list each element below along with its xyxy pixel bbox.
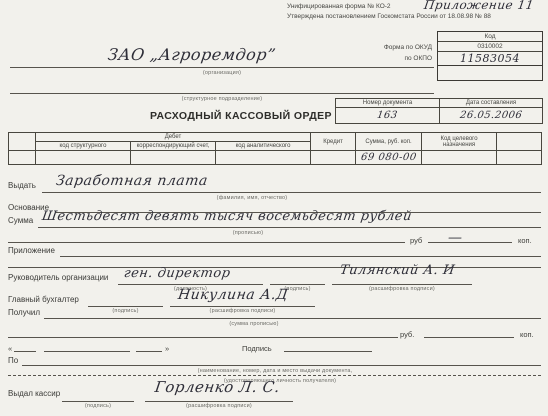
- debit-header: Дебет: [36, 133, 311, 142]
- unit-underline: [10, 93, 434, 94]
- cashier-name-handwritten: Горленко Л. С.: [155, 378, 280, 396]
- sum-sub-label: (прописью): [38, 230, 458, 236]
- data-cell-analytic: [216, 151, 311, 165]
- cashier-name-sub: (расшифровка подписи): [145, 403, 293, 409]
- date-quote-open: «: [8, 344, 12, 353]
- bottom-separator: [8, 375, 541, 376]
- data-cell-structural: [36, 151, 131, 165]
- kop-line-underline: [428, 242, 512, 243]
- by-label: По: [8, 356, 18, 365]
- kop-label: коп.: [518, 236, 532, 245]
- sum-underline: [38, 227, 541, 228]
- data-cell-sum: 69 080-00: [356, 151, 422, 165]
- doc-info-table: Номер документа Дата составления 163 26.…: [335, 98, 543, 124]
- accountant-label: Главный бухгалтер: [8, 295, 79, 304]
- received-rub-underline: [8, 337, 398, 338]
- date-day-underline: [14, 351, 36, 352]
- head-name-handwritten: Тилянский А. И: [340, 263, 455, 278]
- head-position-handwritten: ген. директор: [124, 266, 230, 281]
- accountant-sign-underline: [88, 306, 163, 307]
- head-name-sub: (расшифровка подписи): [332, 286, 472, 292]
- received-kop-underline: [424, 337, 514, 338]
- doc-info-header-row: Номер документа Дата составления: [336, 99, 543, 108]
- rub-label: руб: [410, 236, 422, 245]
- accountant-name-text: Никулина А.Д: [177, 287, 289, 303]
- doc-date-value: 26.05.2006: [440, 108, 543, 124]
- data-cell-blank2: [497, 151, 542, 165]
- code-box-empty-row: [438, 66, 542, 80]
- cashier-sign-sub: (подпись): [62, 403, 134, 409]
- by-sub-label1: (наименование, номер, дата и место выдач…: [100, 368, 450, 374]
- received-rub-label: руб.: [400, 330, 414, 339]
- account-table-cell-blank-left: [9, 133, 36, 151]
- date-year-underline: [136, 351, 162, 352]
- data-cell-blank1: [9, 151, 36, 165]
- attachment-underline2: [8, 267, 541, 268]
- head-position-underline: [118, 284, 263, 285]
- signature-underline: [284, 351, 372, 352]
- head-name-text: Тилянский А. И: [339, 263, 456, 278]
- sum-digits-text: 69 080-00: [360, 152, 417, 163]
- sum-words-text: Шестьдесят девять тысяч восемьдесят рубл…: [41, 209, 413, 224]
- debit-sub-structural: код структурного: [36, 142, 131, 151]
- org-underline: [10, 67, 434, 68]
- code-box: Код 0310002 11583054: [437, 31, 543, 81]
- date-month-underline: [44, 351, 130, 352]
- issue-underline: [42, 192, 541, 193]
- received-sub-label: (сумма прописью): [44, 321, 464, 327]
- handwritten-annotation: Приложение 11: [424, 0, 534, 12]
- account-table-data-row: 69 080-00: [9, 151, 542, 165]
- head-name-underline: [332, 284, 472, 285]
- account-table-header-row1: Дебет Кредит Сумма, руб. коп. Код целево…: [9, 133, 542, 142]
- kop-dash-handwritten: —: [448, 230, 463, 246]
- data-cell-credit: [311, 151, 356, 165]
- received-underline: [44, 318, 541, 319]
- doc-info-value-row: 163 26.05.2006: [336, 108, 543, 124]
- data-cell-corresponding: [131, 151, 216, 165]
- accountant-sign-sub: (подпись): [88, 308, 163, 314]
- account-table: Дебет Кредит Сумма, руб. коп. Код целево…: [8, 132, 542, 165]
- cashier-name-underline: [145, 401, 293, 402]
- cashier-sign-underline: [62, 401, 134, 402]
- issue-sub-label: (фамилия, имя, отчество): [42, 195, 462, 201]
- doc-number-header: Номер документа: [336, 99, 440, 108]
- sum-words-handwritten: Шестьдесят девять тысяч восемьдесят рубл…: [42, 209, 412, 224]
- okpo-value-handwritten: 11583054: [438, 52, 542, 66]
- page-title: РАСХОДНЫЙ КАССОВЫЙ ОРДЕР: [150, 110, 332, 122]
- doc-number-text: 163: [376, 110, 398, 121]
- date-quote-close: »: [165, 344, 169, 353]
- org-name-handwritten: ЗАО „Агроремдор”: [108, 45, 276, 64]
- received-label: Получил: [8, 308, 40, 317]
- cash-order-form: Унифицированная форма № КО-2 Приложение …: [0, 0, 548, 416]
- debit-sub-corresponding: корреспондирующий счет,: [131, 142, 216, 151]
- account-table-cell-blank-right: [497, 133, 542, 151]
- purpose-header: Код целевого назначения: [422, 133, 497, 151]
- org-sub-label: (организация): [10, 70, 434, 76]
- issue-label: Выдать: [8, 181, 36, 190]
- attachment-label: Приложение: [8, 246, 55, 255]
- code-box-title: Код: [438, 32, 542, 42]
- attachment-underline1: [60, 256, 541, 257]
- head-sign-underline: [270, 284, 325, 285]
- credit-header: Кредит: [311, 133, 356, 151]
- form-ref-text: Унифицированная форма № КО-2: [287, 3, 391, 10]
- debit-sub-analytic: код аналитического: [216, 142, 311, 151]
- sum-label: Сумма: [8, 216, 33, 225]
- approval-text: Утверждена постановлением Госкомстата Ро…: [287, 13, 547, 20]
- okud-label: Форма по ОКУД: [358, 44, 432, 51]
- handwritten-annotation-text: Приложение 11: [423, 0, 535, 12]
- data-cell-purpose: [422, 151, 497, 165]
- issue-value-handwritten: Заработная плата: [56, 173, 208, 189]
- rub-line-underline: [8, 242, 405, 243]
- received-kop-label: коп.: [520, 330, 534, 339]
- head-position-text: ген. директор: [123, 266, 232, 281]
- okpo-label: по ОКПО: [358, 55, 432, 62]
- doc-number-value: 163: [336, 108, 440, 124]
- doc-date-header: Дата составления: [440, 99, 543, 108]
- accountant-name-handwritten: Никулина А.Д: [178, 287, 288, 303]
- doc-date-text: 26.05.2006: [459, 110, 523, 121]
- by-underline: [22, 365, 541, 366]
- signature-label: Подпись: [242, 344, 272, 353]
- accountant-name-underline: [170, 306, 315, 307]
- issue-value-text: Заработная плата: [55, 173, 209, 189]
- accountant-name-sub: (расшифровка подписи): [170, 308, 315, 314]
- cashier-name-text: Горленко Л. С.: [154, 378, 281, 396]
- org-name-text: ЗАО „Агроремдор”: [107, 45, 277, 64]
- okud-value: 0310002: [438, 42, 542, 52]
- cashier-label: Выдал кассир: [8, 389, 60, 398]
- sum-header: Сумма, руб. коп.: [356, 133, 422, 151]
- head-label: Руководитель организации: [8, 273, 108, 282]
